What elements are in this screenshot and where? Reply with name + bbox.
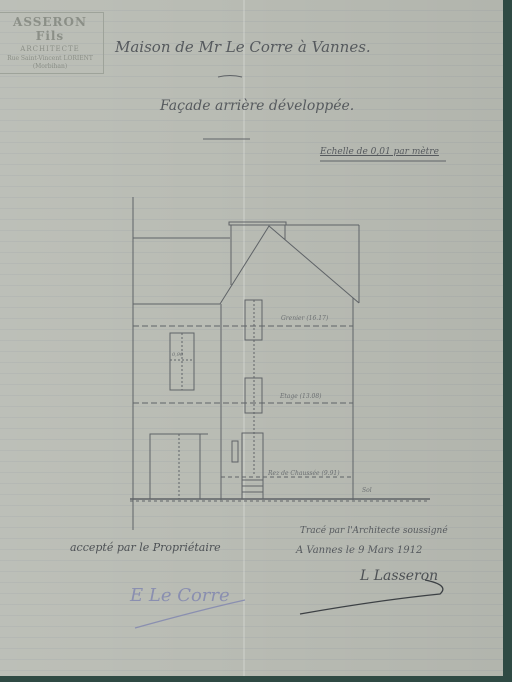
level-label-etage: Etage (13.08) (280, 393, 322, 400)
owner-signature: E Le Corre (130, 585, 230, 606)
architect-signature: L Lasseron (360, 568, 438, 584)
window-width-dim: 0,90 (172, 352, 183, 358)
level-label-sol: Sol (362, 487, 372, 494)
place-date-note: A Vannes le 9 Mars 1912 (296, 545, 422, 556)
level-label-rez: Rez de Chaussée (9.91) (268, 470, 340, 477)
accepted-by-owner-note: accepté par le Propriétaire (70, 541, 221, 554)
drawn-by-note: Tracé par l'Architecte soussigné (300, 526, 448, 536)
level-label-grenier: Grenier (16.17) (281, 315, 328, 322)
paper-sheet: ASSERON Fils ARCHITECTE Rue Saint-Vincen… (0, 0, 503, 676)
